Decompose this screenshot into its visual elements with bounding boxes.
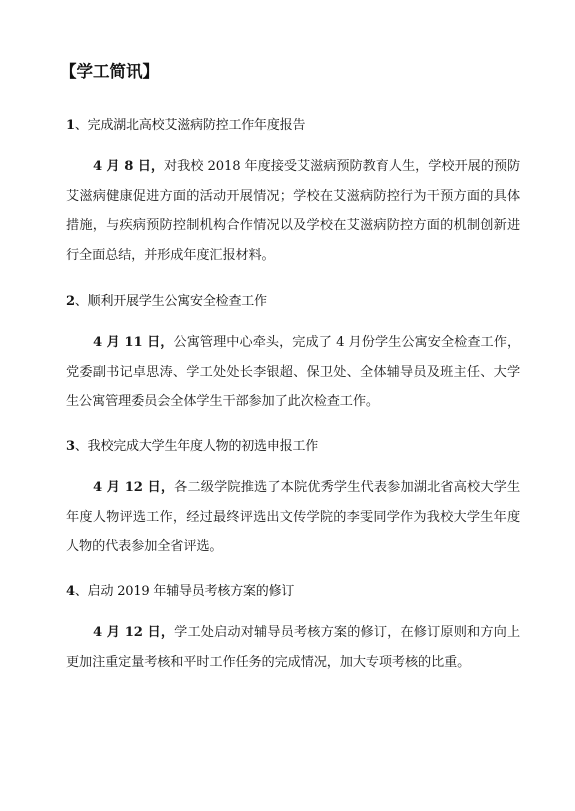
section-number: 1 [66,118,75,133]
section-number: 2 [66,294,75,309]
section-body-2: 4 月 11 日，公寓管理中心牵头，完成了 4 月份学生公寓安全检查工作，党委副… [66,328,520,417]
section-heading-text: 、顺利开展学生公寓安全检查工作 [75,294,267,309]
section-heading-3: 3、我校完成大学生年度人物的初选申报工作 [66,437,520,457]
section-body-1: 4 月 8 日，对我校 2018 年度接受艾滋病预防教育人生，学校开展的预防艾滋… [66,152,520,270]
section-body-3: 4 月 12 日，各二级学院推选了本院优秀学生代表参加湖北省高校大学生年度人物评… [66,473,520,562]
section-body-text: 对我校 2018 年度接受艾滋病预防教育人生，学校开展的预防艾滋病健康促进方面的… [66,159,520,263]
section-body-4: 4 月 12 日，学工处启动对辅导员考核方案的修订，在修订原则和方向上更加注重定… [66,618,520,677]
section-number: 3 [66,439,75,454]
section-number: 4 [66,584,75,599]
section-heading-4: 4、启动 2019 年辅导员考核方案的修订 [66,582,520,602]
section-date: 4 月 11 日， [93,335,174,350]
section-heading-2: 2、顺利开展学生公寓安全检查工作 [66,292,520,312]
document-page: 【学工简讯】 1、完成湖北高校艾滋病防控工作年度报告 4 月 8 日，对我校 2… [66,60,520,90]
section-date: 4 月 8 日， [93,159,164,174]
section-date: 4 月 12 日， [93,480,174,495]
section-heading-text: 、完成湖北高校艾滋病防控工作年度报告 [75,118,305,133]
document-title: 【学工简讯】 [60,60,520,90]
section-heading-text: 、启动 2019 年辅导员考核方案的修订 [75,584,294,599]
section-date: 4 月 12 日， [93,625,174,640]
section-heading-1: 1、完成湖北高校艾滋病防控工作年度报告 [66,116,520,136]
section-heading-text: 、我校完成大学生年度人物的初选申报工作 [75,439,318,454]
